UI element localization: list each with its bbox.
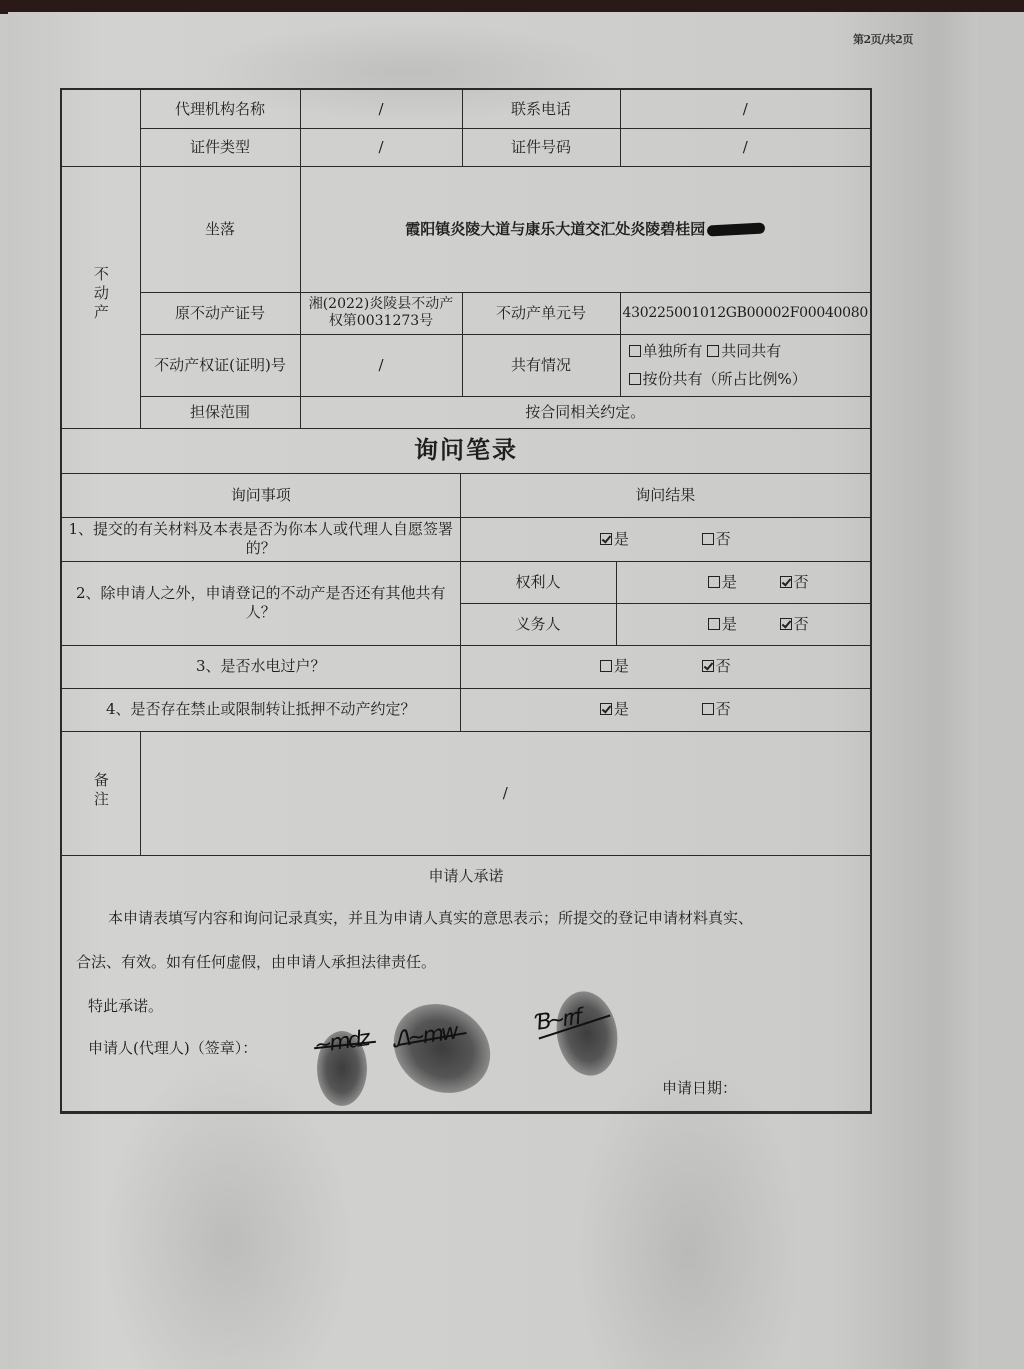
phone-label: 联系电话 <box>462 90 620 128</box>
id-type-value: / <box>300 128 462 166</box>
q1-yes[interactable]: 是 <box>600 529 629 549</box>
question-3: 3、是否水电过户？ <box>62 645 460 688</box>
option-joint[interactable]: 共同共有 <box>707 342 781 360</box>
checkbox-share[interactable] <box>629 373 641 385</box>
question-1: 1、提交的有关材料及本表是否为你本人或代理人自愿签署的？ <box>62 517 460 561</box>
agency-name-label: 代理机构名称 <box>140 90 300 128</box>
checkbox-q1-yes[interactable] <box>600 533 612 545</box>
inquiry-title: 询问笔录 <box>62 429 870 474</box>
checkbox-q4-yes[interactable] <box>600 703 612 715</box>
q2-obligor-label: 义务人 <box>460 603 616 645</box>
id-number-value: / <box>620 128 870 166</box>
q2a-no[interactable]: 否 <box>780 572 809 592</box>
col-header-result: 询问结果 <box>460 473 870 517</box>
checkbox-q3-yes[interactable] <box>600 660 612 672</box>
guarantee-value: 按合同相关约定。 <box>300 396 870 428</box>
promise-line-3: 特此承诺。 <box>88 996 163 1016</box>
phone-value: / <box>620 90 870 128</box>
redaction-mark <box>707 223 765 237</box>
promise-line-2: 合法、有效。如有任何虚假，由申请人承担法律责任。 <box>76 952 436 972</box>
guarantee-label: 担保范围 <box>140 396 300 428</box>
checkbox-sole[interactable] <box>629 345 641 357</box>
location-value: 霞阳镇炎陵大道与康乐大道交汇处炎陵碧桂园 <box>300 166 870 292</box>
agent-section-cell <box>62 90 140 166</box>
checkbox-q2b-no[interactable] <box>780 618 792 630</box>
co-ownership-options: 单独所有 共同共有 按份共有（所占比例%） <box>620 334 870 396</box>
col-header-item: 询问事项 <box>62 473 460 517</box>
property-section-label: 不动产 <box>62 166 140 428</box>
id-number-label: 证件号码 <box>462 128 620 166</box>
remarks-value: / <box>140 732 870 856</box>
answer-3: 是 否 <box>460 645 870 688</box>
q3-yes[interactable]: 是 <box>600 656 629 676</box>
checkbox-q2a-no[interactable] <box>780 576 792 588</box>
checkbox-q2a-yes[interactable] <box>708 576 720 588</box>
answer-1: 是 否 <box>460 517 870 561</box>
checkbox-q4-no[interactable] <box>702 703 714 715</box>
q1-no[interactable]: 否 <box>702 529 731 549</box>
q4-yes[interactable]: 是 <box>600 699 629 719</box>
co-ownership-label: 共有情况 <box>462 334 620 396</box>
checkbox-joint[interactable] <box>707 345 719 357</box>
application-date-label: 申请日期： <box>662 1078 737 1098</box>
answer-2b: 是 否 <box>616 603 870 645</box>
q2a-yes[interactable]: 是 <box>708 572 737 592</box>
option-share[interactable]: 按份共有（所占比例%） <box>629 370 807 388</box>
page-indicator: 第2页/共2页 <box>853 31 913 47</box>
q4-no[interactable]: 否 <box>702 699 731 719</box>
checkbox-q1-no[interactable] <box>702 533 714 545</box>
page-edge <box>978 12 1024 1369</box>
q3-no[interactable]: 否 <box>702 656 731 676</box>
q2-rights-holder-label: 权利人 <box>460 561 616 603</box>
question-2: 2、除申请人之外，申请登记的不动产是否还有其他共有人？ <box>62 561 460 645</box>
agency-name-value: / <box>300 90 462 128</box>
question-4: 4、是否存在禁止或限制转让抵押不动产约定？ <box>62 688 460 731</box>
unit-no-label: 不动产单元号 <box>462 292 620 334</box>
q2b-no[interactable]: 否 <box>780 614 809 634</box>
remarks-label: 备注 <box>62 732 140 856</box>
answer-4: 是 否 <box>460 688 870 731</box>
unit-no-value: 430225001012GB00002F00040080 <box>620 292 870 334</box>
location-label: 坐落 <box>140 166 300 292</box>
answer-2a: 是 否 <box>616 561 870 603</box>
checkbox-q3-no[interactable] <box>702 660 714 672</box>
orig-cert-value: 湘(2022)炎陵县不动产权第0031273号 <box>300 292 462 334</box>
signature-label: 申请人(代理人)（签章）： <box>88 1038 257 1058</box>
right-cert-value: / <box>300 334 462 396</box>
orig-cert-label: 原不动产证号 <box>140 292 300 334</box>
q2b-yes[interactable]: 是 <box>708 614 737 634</box>
right-cert-label: 不动产权证(证明)号 <box>140 334 300 396</box>
promise-line-1: 本申请表填写内容和询问记录真实，并且为申请人真实的意思表示；所提交的登记申请材料… <box>108 908 753 928</box>
registration-form: 代理机构名称 / 联系电话 / 证件类型 / 证件号码 / 不动产 坐落 霞阳镇… <box>60 88 872 1114</box>
option-sole[interactable]: 单独所有 <box>629 342 703 360</box>
promise-title: 申请人承诺 <box>62 866 870 886</box>
checkbox-q2b-yes[interactable] <box>708 618 720 630</box>
applicant-promise: 申请人承诺 本申请表填写内容和询问记录真实，并且为申请人真实的意思表示；所提交的… <box>62 856 870 1112</box>
id-type-label: 证件类型 <box>140 128 300 166</box>
